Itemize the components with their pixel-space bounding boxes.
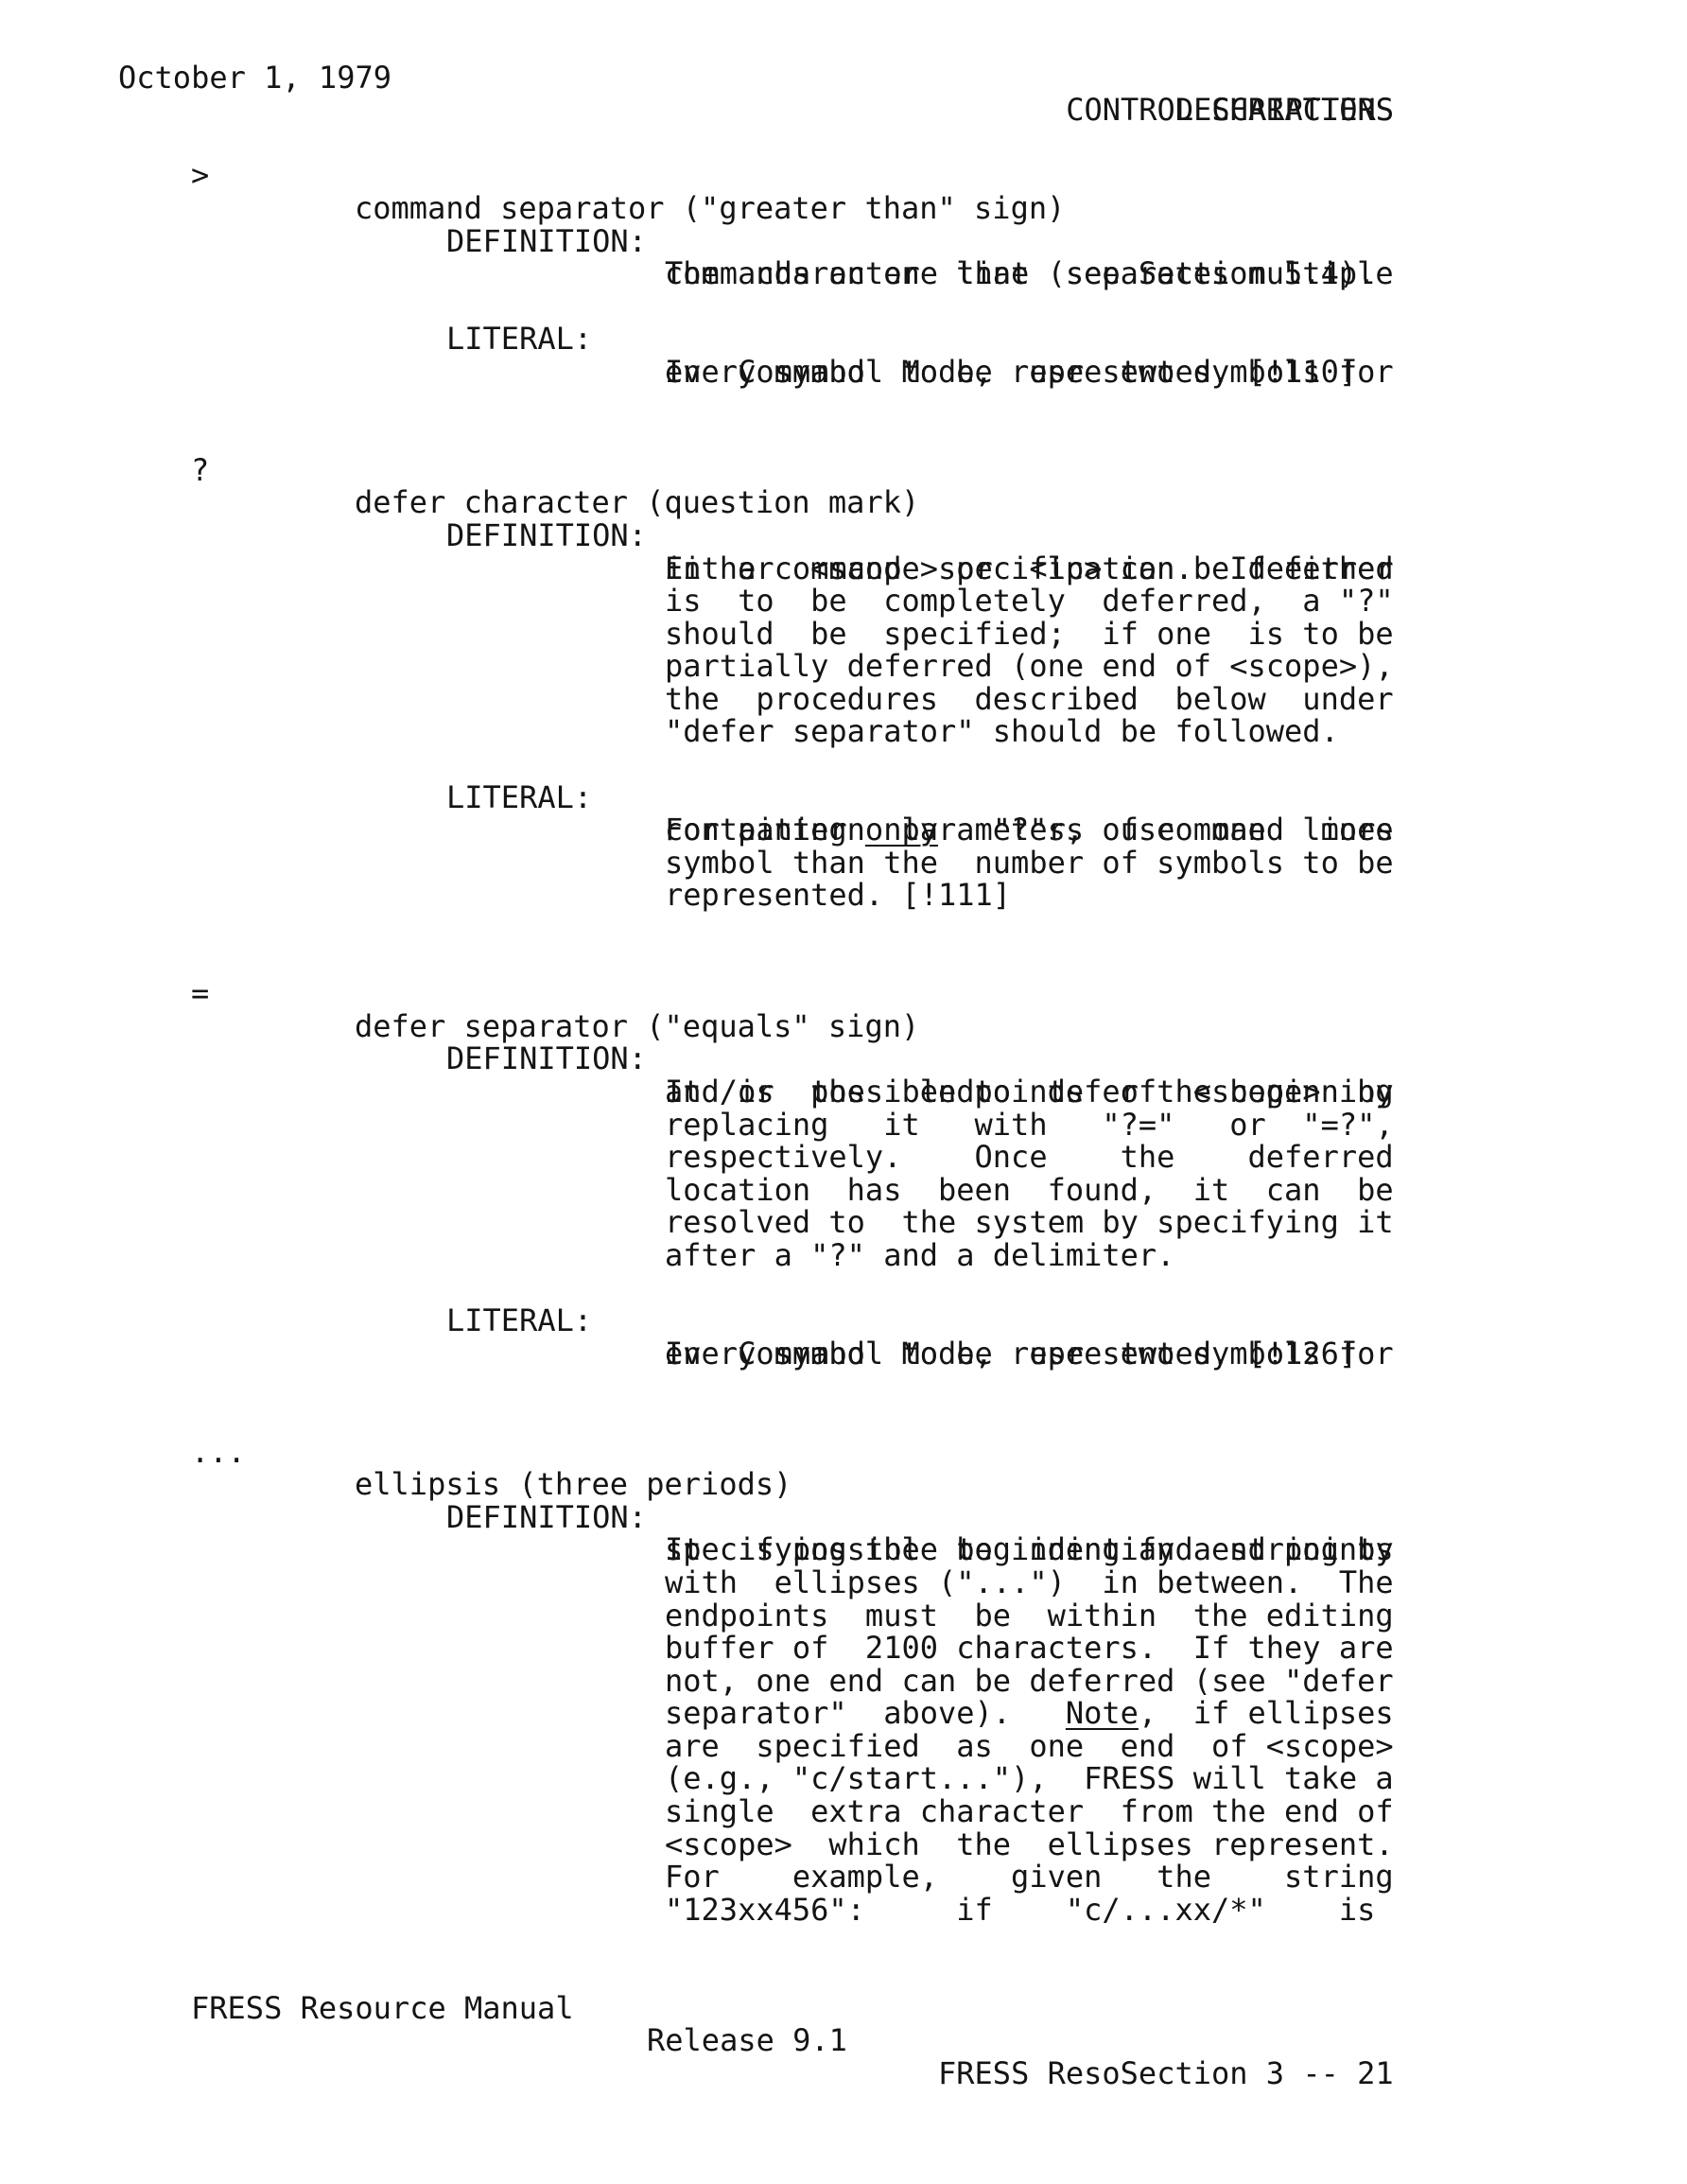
literal-line: LITERAL: In Command Mode, use two symbol… — [0, 290, 1687, 323]
blank-line — [0, 159, 1687, 192]
blank-line — [0, 912, 1687, 945]
literal-line: symbol than the number of symbols to be — [0, 813, 1687, 847]
footer-release: Release 9.1 — [647, 2024, 847, 2057]
blank-line — [0, 715, 1687, 748]
literal-line: containing only "?"s, use one more — [0, 781, 1687, 814]
definition-line: location has been found, it can be — [0, 1141, 1687, 1174]
blank-line — [0, 1239, 1687, 1272]
footer-line: FRESS Resource Manual Release 9.1 FRESS … — [0, 1959, 1687, 1992]
literal-line: LITERAL: In Command Mode, use two symbol… — [0, 1272, 1687, 1305]
definition-line: resolved to the system by specifying it — [0, 1174, 1687, 1207]
definition-line: not, one end can be deferred (see "defer — [0, 1632, 1687, 1665]
blank-line — [0, 1436, 1687, 1469]
definition-line: DEFINITION: It is possible to identify a… — [0, 1468, 1687, 1501]
blank-line — [0, 1370, 1687, 1403]
definition-line: separator" above). Note, if ellipses — [0, 1665, 1687, 1698]
blank-line — [0, 1894, 1687, 1927]
definition-line: should be specified; if one is to be — [0, 585, 1687, 618]
blank-line — [0, 454, 1687, 487]
definition-line: and/or the endpoints of <scope> by — [0, 1042, 1687, 1075]
definition-line: commands on one line (see Section 5.4). — [0, 225, 1687, 258]
definition-line: the procedures described below under — [0, 650, 1687, 683]
definition-line: single extra character from the end of — [0, 1762, 1687, 1795]
definition-line: with ellipses ("...") in between. The — [0, 1533, 1687, 1566]
entry-command-separator: > command separator ("greater than" sign… — [0, 127, 1687, 421]
definition-line: specifying the beginning and end points — [0, 1501, 1687, 1534]
blank-line — [0, 389, 1687, 422]
definition-line: respectively. Once the deferred — [0, 1109, 1687, 1142]
definition-line: DEFINITION: The character that separates… — [0, 192, 1687, 225]
entry-defer-character: ? defer character (question mark) DEFINI… — [0, 421, 1687, 945]
blank-line — [0, 356, 1687, 389]
term-line: = defer separator ("equals" sign) — [0, 945, 1687, 978]
blank-line — [0, 1926, 1687, 1959]
entry-defer-separator: = defer separator ("equals" sign) DEFINI… — [0, 945, 1687, 1403]
definition-line: For example, given the string — [0, 1828, 1687, 1861]
definition-line: "defer separator" should be followed. — [0, 683, 1687, 716]
term-line: ... ellipsis (three periods) — [0, 1403, 1687, 1436]
definition-line: are specified as one end of <scope> — [0, 1697, 1687, 1730]
entry-ellipsis: ... ellipsis (three periods) DEFINITION:… — [0, 1403, 1687, 1894]
definition-line: <scope> which the ellipses represent. — [0, 1795, 1687, 1828]
literal-line: every symbol to be represented. [!126] — [0, 1304, 1687, 1337]
definition-line: (e.g., "c/start..."), FRESS will take a — [0, 1730, 1687, 1763]
definition-line: DEFINITION: It is possible to defer the … — [0, 1010, 1687, 1043]
blank-line — [0, 94, 1687, 127]
definition-line: in a command specification. If either — [0, 519, 1687, 552]
footer-manual-title: FRESS Resource Manual — [191, 1992, 574, 2025]
manual-page: October 1, 1979 CONTROL CHARACTERS DESCR… — [0, 0, 1687, 2184]
definition-line: replacing it with "?=" or "=?", — [0, 1075, 1687, 1109]
definition-line: after a "?" and a delimiter. — [0, 1206, 1687, 1239]
blank-line — [0, 879, 1687, 912]
blank-line — [0, 1337, 1687, 1371]
blank-line — [0, 257, 1687, 290]
header-line-1: October 1, 1979 CONTROL CHARACTERS — [0, 28, 1687, 61]
definition-line: DEFINITION: Either <scope> or <lp> can b… — [0, 486, 1687, 519]
definition-line: buffer of 2100 characters. If they are — [0, 1599, 1687, 1633]
header-line-2: DESCRIPTIONS — [0, 61, 1687, 95]
term-line: ? defer character (question mark) — [0, 421, 1687, 454]
definition-line: is to be completely deferred, a "?" — [0, 552, 1687, 585]
term-line: > command separator ("greater than" sign… — [0, 127, 1687, 160]
literal-line: represented. [!111] — [0, 847, 1687, 880]
blank-line — [0, 977, 1687, 1010]
literal-line: every symbol to be represented. [!110] — [0, 323, 1687, 356]
definition-line: endpoints must be within the editing — [0, 1566, 1687, 1599]
literal-line: LITERAL: For pattern parameters of comma… — [0, 748, 1687, 781]
footer-section-page: FRESS ResoSection 3 -- 21 — [938, 2057, 1394, 2090]
definition-line: partially deferred (one end of <scope>), — [0, 618, 1687, 651]
definition-line: "123xx456": if "c/...xx/*" is — [0, 1861, 1687, 1894]
